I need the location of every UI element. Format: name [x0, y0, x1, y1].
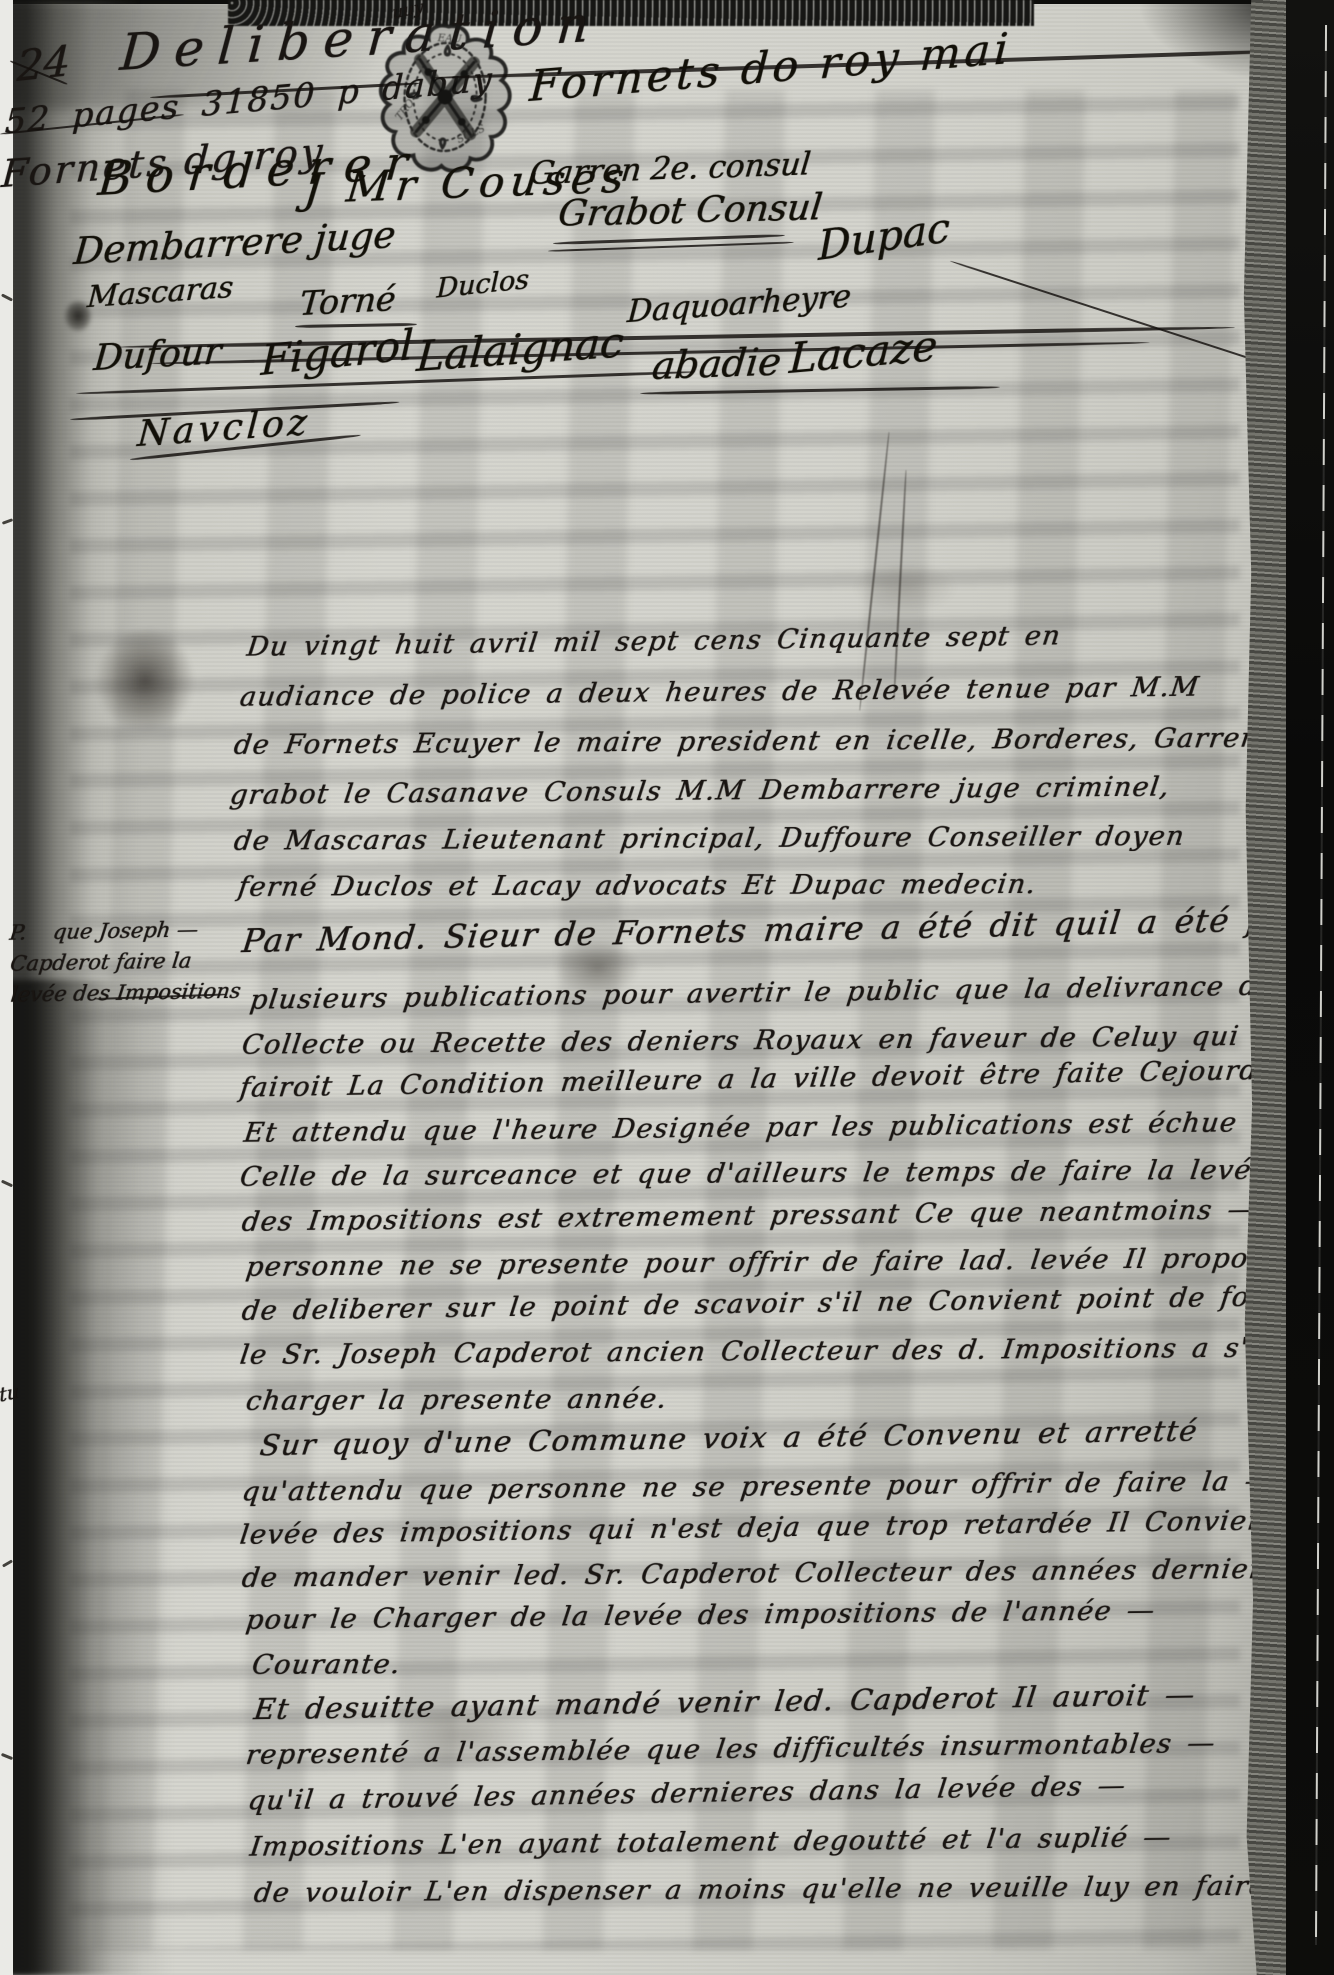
margin-scribble: tu [0, 1381, 19, 1407]
signature-mascaras: Mascaras [86, 270, 234, 315]
ink-blot [95, 628, 195, 733]
body-line: Celle de la surceance et que d'ailleurs … [238, 1154, 1315, 1193]
stamp-text-fragment: EAU [436, 32, 463, 45]
body-line: levée des impositions qui n'est deja que… [238, 1505, 1324, 1551]
body-line: audiance de police a deux heures de Rele… [238, 672, 1201, 713]
margin-note-line: P. que Joseph — [8, 914, 242, 949]
body-line: qu'il a trouvé les années dernieres dans… [246, 1771, 1128, 1817]
signature-grabot: Grabot Consul [556, 187, 824, 235]
body-line: de Mascaras Lieutenant principal, Duffou… [232, 821, 1187, 857]
scan-backdrop [1286, 0, 1334, 1975]
pen-trial-stroke [859, 432, 890, 711]
body-line: Et attendu que l'heure Designée par les … [242, 1106, 1334, 1149]
signature-dupac: Dupac [818, 203, 950, 270]
body-line: personne ne se presente pour offrir de f… [244, 1243, 1283, 1283]
body-line: Impositions L'en ayant totalement degout… [248, 1822, 1174, 1863]
body-line: le Sr. Joseph Capderot ancien Collecteur… [238, 1332, 1330, 1371]
body-line: de mander venir led. Sr. Capderot Collec… [240, 1553, 1334, 1594]
signature-dufour: Dufour [92, 331, 223, 379]
body-line: Du vingt huit avril mil sept cens Cinqua… [245, 621, 1063, 663]
body-line: Courante. [250, 1649, 403, 1681]
flourish-line [640, 386, 1000, 395]
body-line: des Impositions est extremement pressant… [240, 1195, 1258, 1238]
manuscript-scan: tu 24 Deliberation uuy 52 pages 31850 p … [0, 0, 1334, 1975]
body-line: grabot le Casanave Consuls M.M Dembarrer… [228, 772, 1172, 811]
body-line: de Fornets Ecuyer le maire president en … [232, 723, 1277, 761]
ink-blot [840, 555, 970, 620]
body-line: Collecte ou Recette des deniers Royaux e… [240, 1021, 1285, 1061]
pen-trial-stroke [893, 470, 907, 700]
body-line: Sur quoy d'une Commune voix a été Conven… [258, 1413, 1200, 1462]
body-line: ferné Duclos et Lacay advocats Et Dupac … [236, 869, 1038, 903]
body-line: Par Mond. Sieur de Fornets maire a été d… [240, 899, 1334, 960]
signature-figarol: Figarol [260, 320, 414, 385]
signature-lalaignac: Lalaignac [415, 317, 625, 381]
signature-garren: Garren 2e. consul [528, 146, 812, 192]
signature-dembarrere: Dembarrere juge [72, 213, 397, 273]
body-line: Et desuitte ayant mandé venir led. Capde… [252, 1677, 1198, 1726]
signature-torne: Torné [298, 279, 397, 323]
manuscript-page: tu 24 Deliberation uuy 52 pages 31850 p … [0, 0, 1288, 1975]
body-line: plusieurs publications pour avertir le p… [248, 969, 1334, 1016]
body-line: representé a l'assemblée que les difficu… [244, 1728, 1218, 1771]
signature-abadie: abadie [650, 339, 783, 388]
body-line: de deliberer sur le point de scavoir s'i… [240, 1281, 1314, 1327]
body-line: de vouloir L'en dispenser a moins qu'ell… [252, 1871, 1268, 1909]
body-line: qu'attendu que personne ne se presente p… [240, 1466, 1275, 1508]
signature-lacaze: Lacaze [788, 321, 939, 383]
body-line: fairoit La Condition meilleure a la vill… [238, 1053, 1334, 1104]
margin-note: P. que Joseph — Capderot faire la levée … [7, 914, 239, 1011]
body-line: pour le Charger de la levée des impositi… [244, 1595, 1157, 1636]
margin-note-line: levée des Impositions [9, 976, 243, 1011]
gutter-shadow [8, 980, 173, 1975]
body-line: charger la presente année. [244, 1384, 669, 1417]
signature-duclos: Duclos [436, 264, 529, 305]
margin-note-line: Capderot faire la [8, 945, 242, 980]
signature-daquoarheyre: Daquoarheyre [626, 278, 852, 330]
